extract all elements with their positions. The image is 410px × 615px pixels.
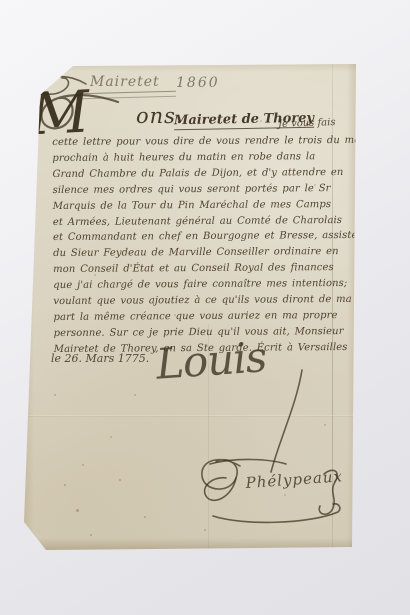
stain-speck [134, 394, 136, 396]
body-line: prochain à huit heures du matin en robe … [52, 149, 348, 167]
stain-speck [90, 534, 92, 536]
photo-background: Mairetet 1860 M ons. Mairetet de Thorey … [0, 0, 410, 615]
archive-note-underline [80, 91, 176, 100]
paraph-tail [319, 470, 337, 514]
body-line: Marquis de la Tour du Pin Maréchal de me… [53, 197, 349, 215]
countersignature-loop [205, 478, 236, 501]
document-paper: Mairetet 1860 M ons. Mairetet de Thorey … [24, 64, 356, 550]
countersignature: Phélypeaux [244, 467, 343, 492]
stain-speck [324, 424, 326, 426]
stain-speck [119, 479, 121, 481]
king-signature: Louis [155, 336, 268, 386]
body-line: Grand Chambre du Palais de Dijon, et d'y… [52, 165, 348, 183]
opening-phrase: Je vous fais [278, 117, 336, 130]
countersignature-loop [202, 460, 240, 489]
archive-note-year: 1860 [176, 75, 220, 91]
stain-speck [76, 509, 79, 512]
date-line: le 26. Mars 1775. [51, 352, 149, 365]
stain-speck [54, 394, 56, 396]
body-line: part la même créance que vous auriez en … [53, 308, 349, 326]
archive-note: Mairetet [90, 74, 160, 90]
letter-body: cette lettre pour vous dire de vous rend… [52, 133, 350, 358]
countersignature-topstroke [210, 459, 286, 464]
body-line: silence mes ordres qui vous seront porté… [53, 181, 349, 199]
stain-speck [284, 494, 286, 496]
body-line: cette lettre pour vous dire de vous rend… [52, 133, 348, 151]
paraph-underline [213, 504, 340, 523]
stain-speck [144, 516, 146, 518]
horizontal-fold-crease [24, 415, 356, 417]
stain-speck [82, 464, 84, 466]
stain-speck [110, 436, 112, 438]
stain-speck [204, 529, 206, 531]
stain-speck [64, 484, 66, 486]
paraph-entry-stroke [271, 370, 302, 472]
